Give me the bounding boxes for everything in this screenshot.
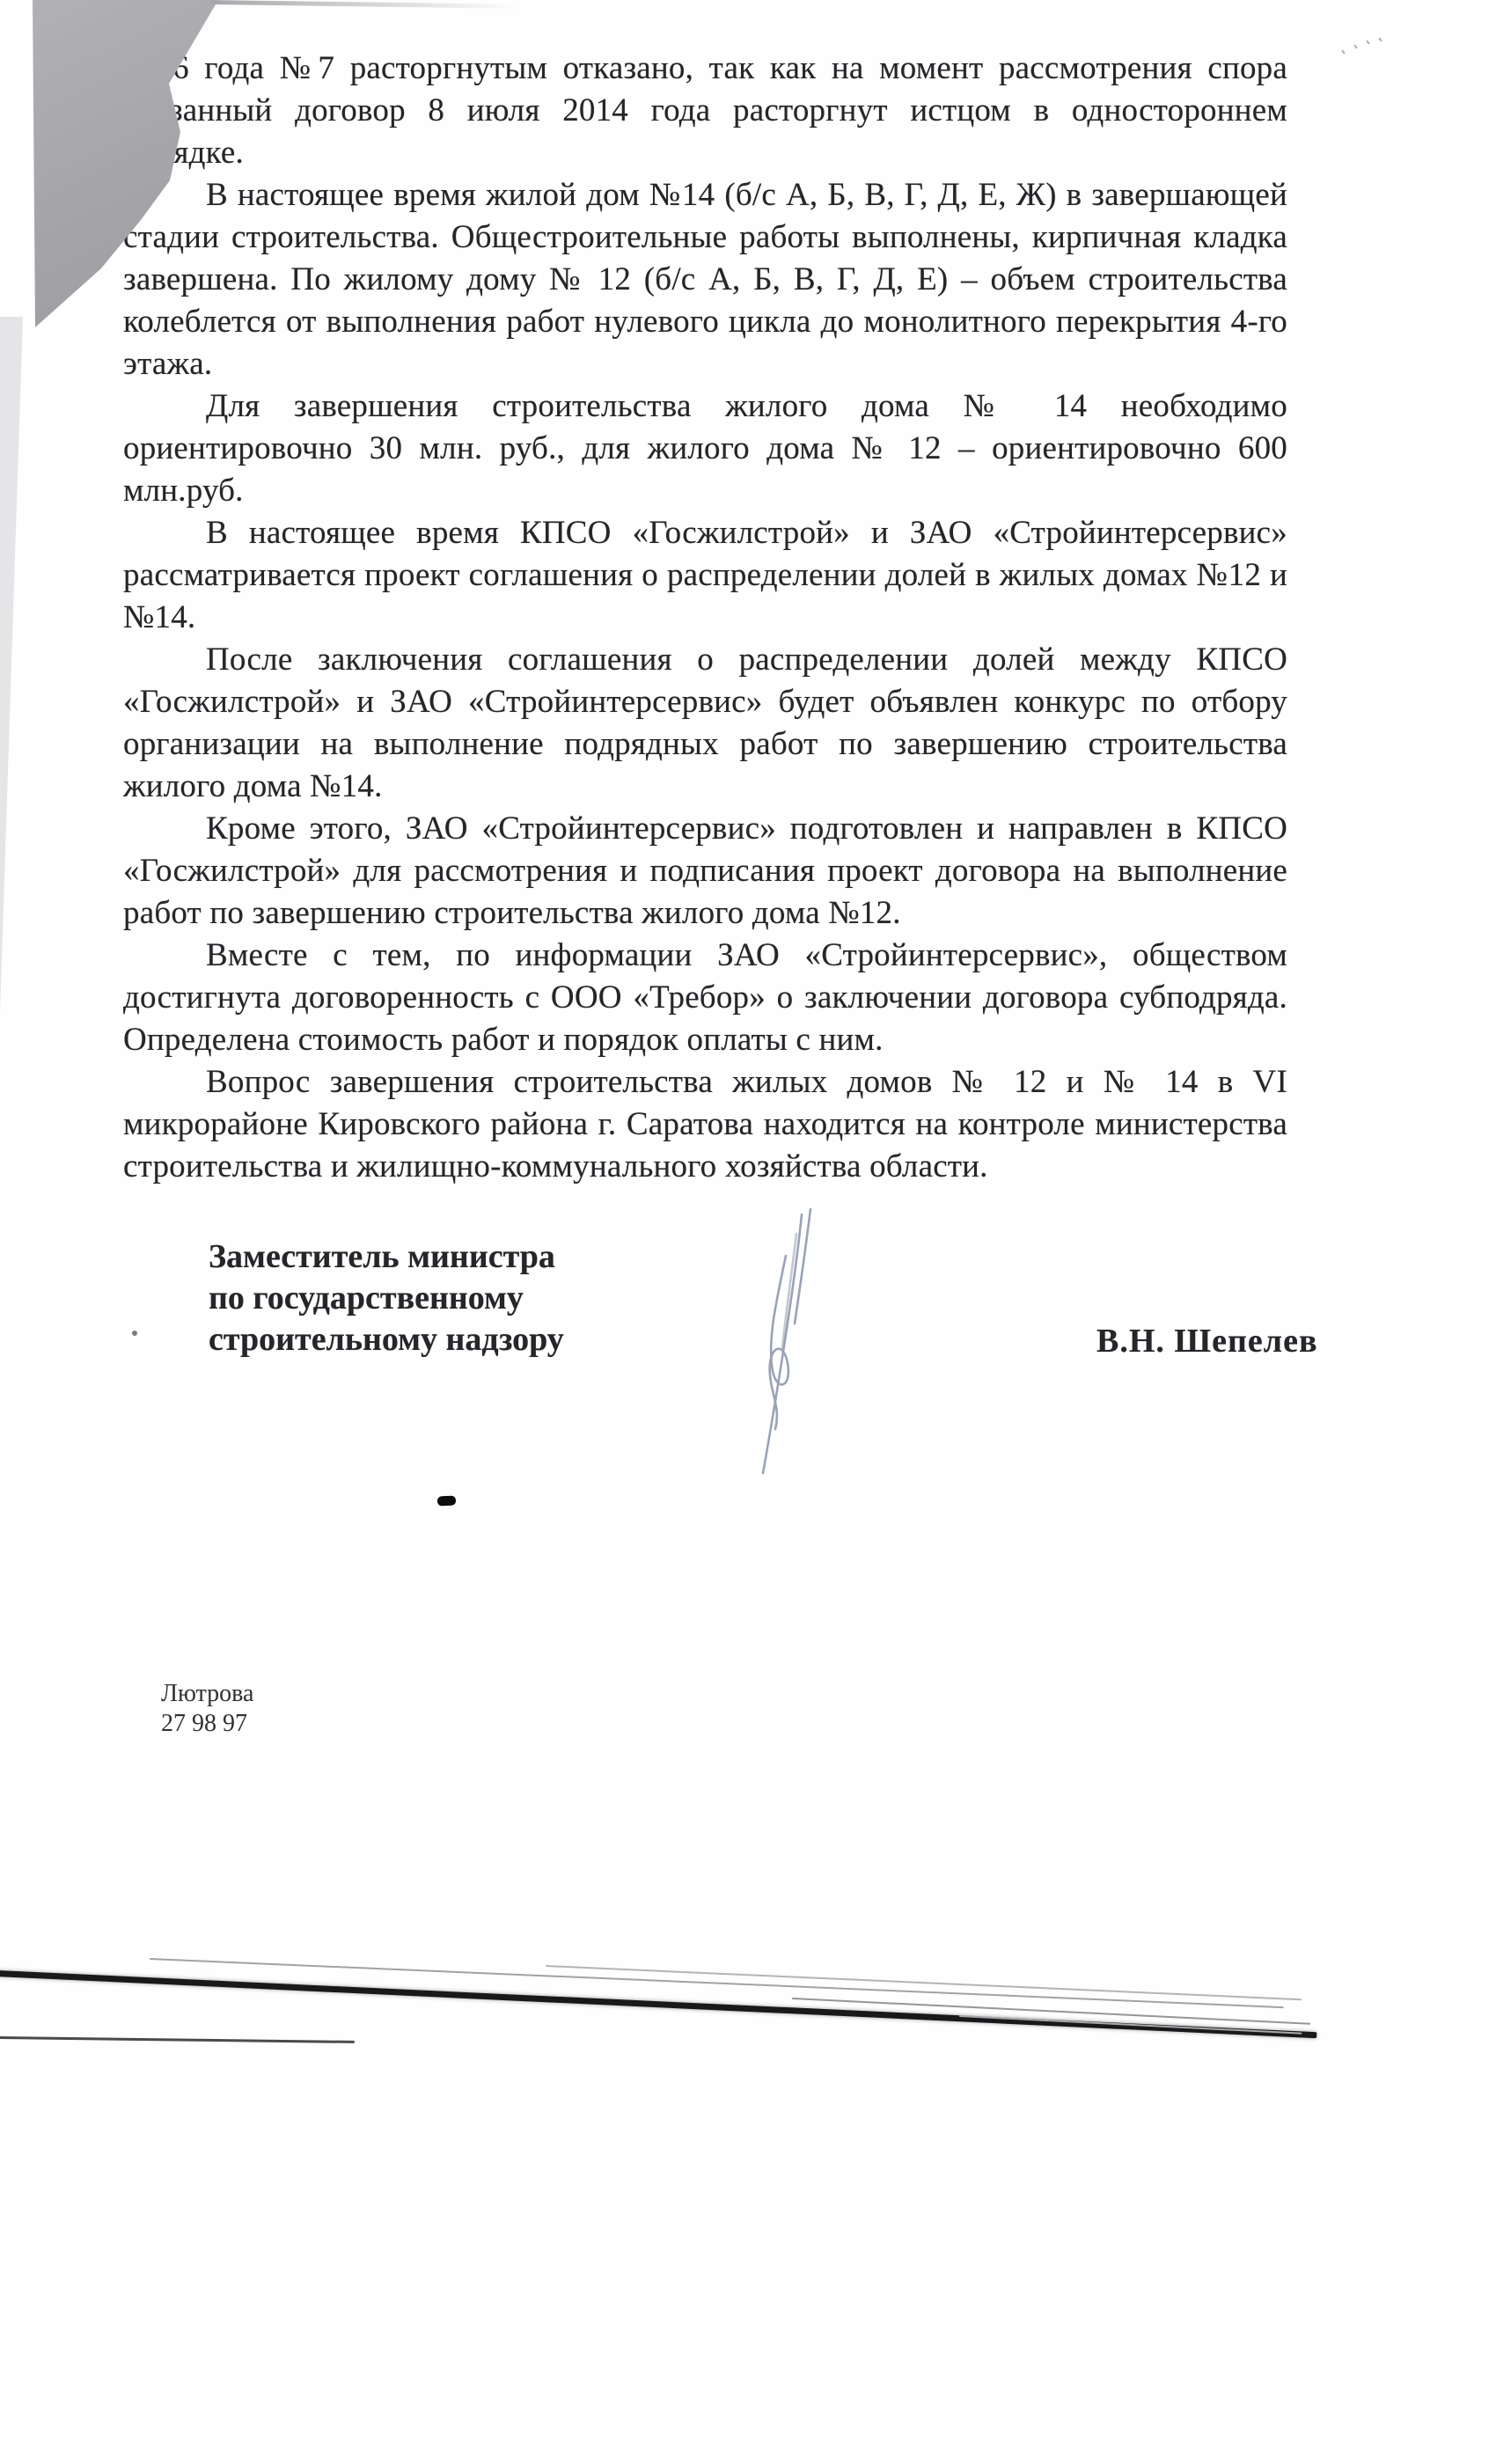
executor-block: Лютрова 27 98 97 [161,1679,253,1739]
scan-edge-line-thin [0,2036,355,2043]
scan-speck [1353,44,1358,48]
signatory-title: Заместитель министра по государственному… [209,1236,564,1360]
paragraph: Вместе с тем, по информации ЗАО «Стройин… [123,935,1287,1061]
signatory-name: В.Н. Шепелев [1096,1322,1317,1360]
paragraph: В настоящее время жилой дом №14 (б/с А, … [123,174,1287,385]
letter-body: 2006 года №7 расторгнутым отказано, так … [123,48,1287,1188]
scan-edge-line [150,1958,1284,2008]
scan-speck [1366,40,1370,44]
handwritten-signature [717,1207,867,1485]
scan-edge-line [959,2015,1302,2035]
scan-edge-line [546,1965,1302,2000]
signatory-title-line: Заместитель министра [209,1236,564,1278]
scan-speck [1378,37,1382,41]
paragraph: Вопрос завершения строительства жилых до… [123,1061,1287,1188]
paragraph: Кроме этого, ЗАО «Стройинтерсервис» подг… [123,808,1287,935]
paragraph: После заключения соглашения о распределе… [123,639,1287,808]
stray-ink-dash [437,1495,457,1506]
scan-speck [1341,49,1346,54]
executor-name: Лютрова [161,1679,253,1709]
executor-phone: 27 98 97 [161,1709,253,1739]
scan-fold-edge-line [211,0,519,9]
scanned-letter-page: 2006 года №7 расторгнутым отказано, так … [0,0,1496,2464]
stray-ink-dot [132,1331,137,1336]
paragraph: В настоящее время КПСО «Госжилстрой» и З… [123,512,1287,639]
paragraph: Для завершения строительства жилого дома… [123,385,1287,512]
paragraph-continuation: 2006 года №7 расторгнутым отказано, так … [123,48,1287,174]
signatory-title-line: строительному надзору [209,1319,564,1360]
signatory-title-line: по государственному [209,1278,564,1319]
scan-left-edge-shadow [0,317,23,1012]
